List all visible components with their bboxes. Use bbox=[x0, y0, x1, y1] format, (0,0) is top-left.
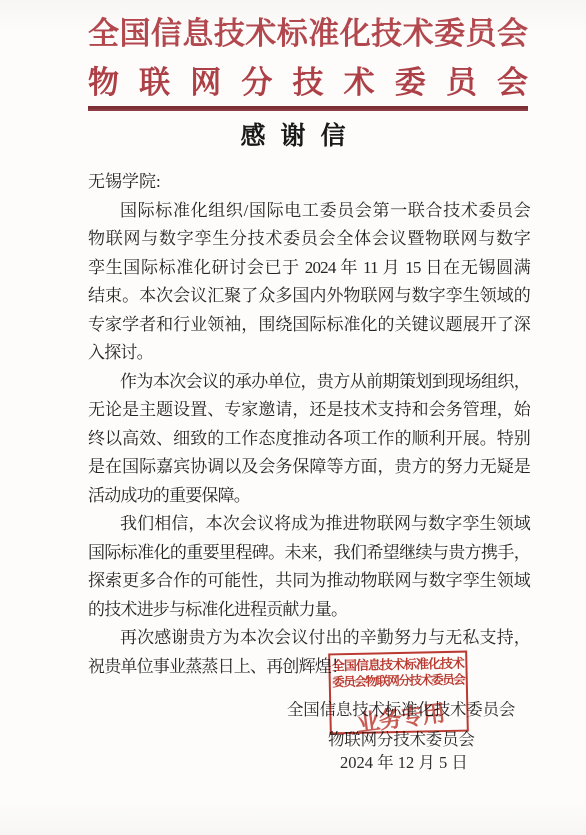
body-line: 终以高效、细致的工作态度推动各项工作的顺利开展。特别 bbox=[88, 425, 530, 454]
body-line: 我们相信，本次会议将成为推进物联网与数字孪生领域 bbox=[88, 510, 530, 539]
letterhead-divider bbox=[88, 106, 528, 111]
seal-org-line2: 委员会物联网分技术委员会 bbox=[331, 672, 466, 691]
letter-body: 无锡学院: 国际标准化组织/国际电工委员会第一联合技术委员会 物联网与数字孪生分… bbox=[88, 168, 530, 681]
letter-page: 全国信息技术标准化技术委员会 物联网分技术委员会 感谢信 无锡学院: 国际标准化… bbox=[0, 0, 586, 835]
body-line: 国际标准化的重要里程碑。未来，我们希望继续与贵方携手， bbox=[88, 539, 530, 568]
body-line: 孪生国际标准化研讨会已于 2024 年 11 月 15 日在无锡圆满 bbox=[88, 254, 530, 283]
body-line: 的技术进步与标准化进程贡献力量。 bbox=[88, 596, 530, 625]
signature-date: 2024 年 12 月 5 日 bbox=[340, 749, 468, 773]
body-line: 作为本次会议的承办单位，贵方从前期策划到现场组织， bbox=[88, 368, 530, 397]
body-line: 入探讨。 bbox=[88, 339, 530, 368]
seal-purpose-text: 业务专用 bbox=[355, 695, 446, 739]
body-line: 国际标准化组织/国际电工委员会第一联合技术委员会 bbox=[88, 197, 530, 226]
body-line: 探索更多合作的可能性，共同为推动物联网与数字孪生领域 bbox=[88, 567, 530, 596]
body-line: 无论是主题设置、专家邀请，还是技术支持和会务管理，始 bbox=[88, 396, 530, 425]
letterhead-subcommittee-name: 物联网分技术委员会 bbox=[88, 61, 528, 105]
official-seal: 全国信息技术标准化技术 委员会物联网分技术委员会 业务专用 bbox=[328, 651, 469, 735]
letterhead-org-name: 全国信息技术标准化技术委员会 bbox=[88, 12, 528, 56]
salutation: 无锡学院: bbox=[88, 168, 530, 197]
letterhead: 全国信息技术标准化技术委员会 物联网分技术委员会 bbox=[88, 12, 528, 105]
body-line: 活动成功的重要保障。 bbox=[88, 482, 530, 511]
body-line: 专家学者和行业领袖，围绕国际标准化的关键议题展开了深 bbox=[88, 311, 530, 340]
letter-title: 感谢信 bbox=[0, 121, 586, 153]
body-line: 是在国际嘉宾协调以及会务保障等方面，贵方的努力无疑是 bbox=[88, 453, 530, 482]
body-line: 结束。本次会议汇聚了众多国内外物联网与数字孪生领域的 bbox=[88, 282, 530, 311]
body-line: 再次感谢贵方为本次会议付出的辛勤努力与无私支持， bbox=[88, 624, 530, 653]
body-line: 物联网与数字孪生分技术委员会全体会议暨物联网与数字 bbox=[88, 225, 530, 254]
